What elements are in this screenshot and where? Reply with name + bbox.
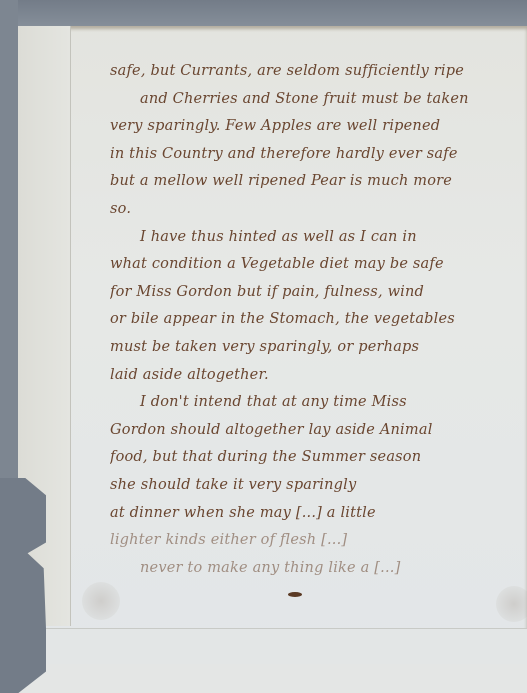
torn-edge — [0, 478, 46, 693]
letter-line: I don't intend that at any time Miss — [110, 389, 510, 417]
letter-line: must be taken very sparingly, or perhaps — [110, 334, 510, 362]
letter-body: safe, but Currants, are seldom sufficien… — [110, 58, 510, 582]
letter-line: so. — [110, 196, 510, 224]
letter-line: she should take it very sparingly — [110, 472, 510, 500]
stain-mark — [82, 582, 120, 620]
letter-line: safe, but Currants, are seldom sufficien… — [110, 58, 510, 86]
letter-line: food, but that during the Summer season — [110, 444, 510, 472]
letter-line: for Miss Gordon but if pain, fulness, wi… — [110, 279, 510, 307]
backing-top — [0, 0, 527, 26]
letter-line: or bile appear in the Stomach, the veget… — [110, 306, 510, 334]
letter-line: Gordon should altogether lay aside Anima… — [110, 417, 510, 445]
letter-line: and Cherries and Stone fruit must be tak… — [110, 86, 510, 114]
letter-line: I have thus hinted as well as I can in — [110, 224, 510, 252]
letter-line: lighter kinds either of flesh [...] — [110, 527, 510, 555]
letter-line: very sparingly. Few Apples are well ripe… — [110, 113, 510, 141]
ink-blot — [288, 592, 302, 597]
letter-line: in this Country and therefore hardly eve… — [110, 141, 510, 169]
letter-line: but a mellow well ripened Pear is much m… — [110, 168, 510, 196]
letter-line: never to make any thing like a [...] — [110, 555, 510, 583]
letter-line: at dinner when she may [...] a little — [110, 500, 510, 528]
paper-fold-bottom — [18, 628, 527, 666]
stain-mark — [496, 586, 527, 622]
paper-strip-bottom — [14, 664, 527, 693]
letter-line: laid aside altogether. — [110, 362, 510, 390]
letter-line: what condition a Vegetable diet may be s… — [110, 251, 510, 279]
